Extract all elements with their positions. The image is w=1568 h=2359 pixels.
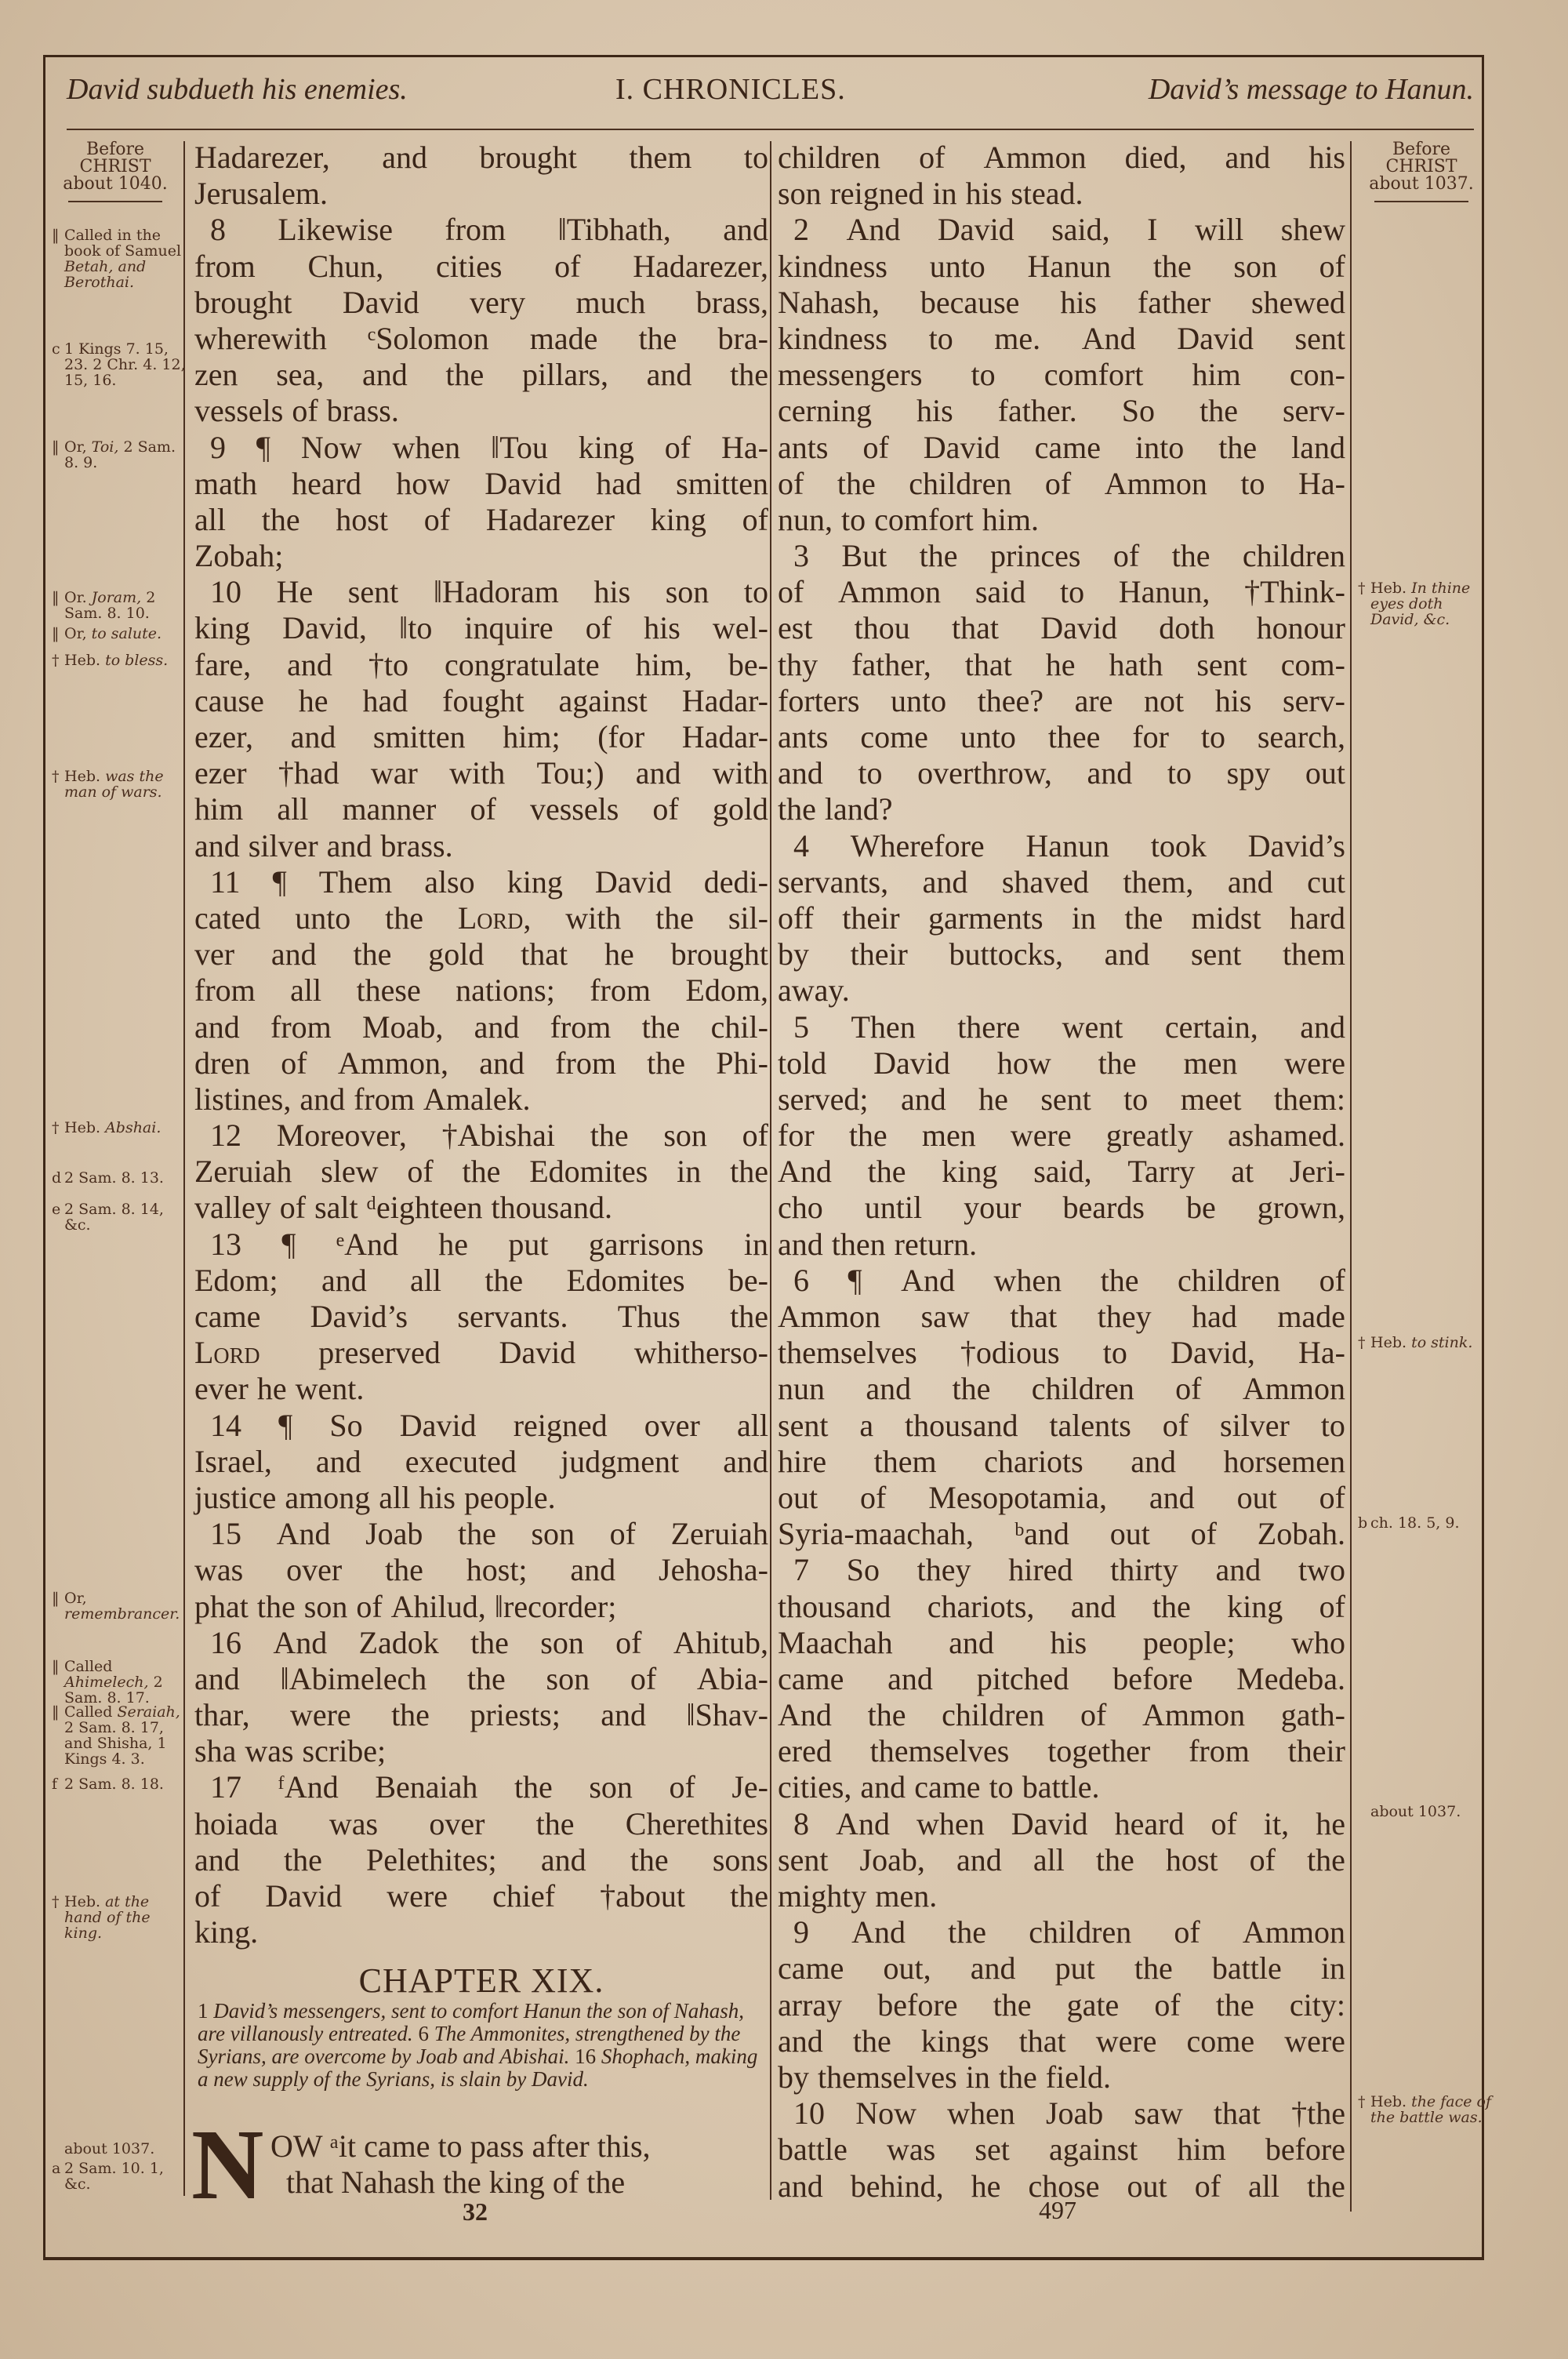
chapter-heading: CHAPTER XIX. bbox=[194, 1961, 768, 2001]
text-line: 3Buttheprincesofthechildren bbox=[778, 538, 1345, 574]
text-line: 16AndZadokthesonofAhitub, bbox=[194, 1625, 768, 1661]
text-line: hirethemchariotsandhorsemen bbox=[778, 1444, 1345, 1480]
christ-label: CHRIST bbox=[49, 158, 182, 176]
text-line: fortersuntothee?arenothisserv- bbox=[778, 683, 1345, 719]
text-line: andthekingsthatwerecomewere bbox=[778, 2023, 1345, 2059]
margin-note: †Heb. the face of the battle was. bbox=[1370, 2094, 1496, 2125]
text-line: childrenofAmmondied,andhis bbox=[778, 140, 1345, 176]
margin-note: ‖Or, to salute. bbox=[64, 626, 190, 642]
text-line: andtooverthrow,andtospyout bbox=[778, 755, 1345, 791]
margin-note: c1 Kings 7. 15, 23. 2 Chr. 4. 12, 15, 16… bbox=[64, 341, 190, 388]
text-line: 5Thentherewentcertain,and bbox=[778, 1009, 1345, 1045]
text-line: thousandchariots,andthekingof bbox=[778, 1589, 1345, 1625]
drop-cap: N bbox=[191, 2117, 263, 2212]
text-line: 2AndDavidsaid,Iwillshew bbox=[778, 212, 1345, 248]
summary-verse-number: 1 bbox=[198, 1999, 213, 2023]
running-head: David subdueth his enemies. I. CHRONICLE… bbox=[67, 72, 1474, 116]
chapter-opening: OW ᵃit came to pass after this,that Naha… bbox=[270, 2128, 766, 2201]
text-line: offtheirgarmentsinthemidsthard bbox=[778, 900, 1345, 936]
book-title: I. CHRONICLES. bbox=[615, 72, 846, 107]
text-line: thar,werethepriests;and‖Shav- bbox=[194, 1697, 768, 1733]
note-mark: † bbox=[1358, 580, 1366, 596]
note-mark: † bbox=[52, 769, 60, 784]
summary-verse-number: 16 bbox=[575, 2045, 601, 2068]
right-margin-divider bbox=[1350, 141, 1352, 2212]
margin-note: ‖Or. Joram, 2 Sam. 8. 10. bbox=[64, 590, 190, 621]
left-margin-divider bbox=[183, 141, 185, 2196]
margin-note: ‖Or, remembrancer. bbox=[64, 1590, 190, 1622]
text-line: estthouthatDaviddothhonour bbox=[778, 610, 1345, 646]
text-line: Zobah; bbox=[194, 538, 768, 574]
text-line: listines,andfromAmalek. bbox=[194, 1081, 768, 1118]
chapter-summary: 1 David’s messengers, sent to comfort Ha… bbox=[198, 2000, 766, 2091]
text-line: servants,andshavedthem,andcut bbox=[778, 864, 1345, 900]
margin-note: †Heb. In thine eyes doth David, &c. bbox=[1370, 580, 1496, 627]
text-line: and‖AbimelechthesonofAbia- bbox=[194, 1661, 768, 1697]
header-rule bbox=[67, 129, 1474, 130]
text-line: Edom;andalltheEdomitesbe- bbox=[194, 1263, 768, 1299]
text-line: zensea,andthepillars,andthe bbox=[194, 357, 768, 393]
margin-note: bch. 18. 5, 9. bbox=[1370, 1515, 1496, 1531]
text-line: mightymen. bbox=[778, 1878, 1345, 1914]
margin-note: ‖Called Seraiah, 2 Sam. 8. 17, and Shish… bbox=[64, 1704, 190, 1767]
text-line: 14¶SoDavidreignedoverall bbox=[194, 1408, 768, 1444]
note-mark: † bbox=[52, 1894, 60, 1910]
text-line: forthemenweregreatlyashamed. bbox=[778, 1118, 1345, 1154]
text-line: drenofAmmon,andfromthePhi- bbox=[194, 1045, 768, 1081]
column-divider bbox=[770, 141, 771, 2200]
text-line: 8Likewisefrom‖Tibhath,and bbox=[194, 212, 768, 248]
page-number: 497 bbox=[1039, 2196, 1076, 2225]
text-line: Maachahandhispeople;who bbox=[778, 1625, 1345, 1661]
text-line: 12Moreover,†Abishaithesonof bbox=[194, 1118, 768, 1154]
text-line: Jerusalem. bbox=[194, 176, 768, 212]
text-line: ofDavidwerechief†aboutthe bbox=[194, 1878, 768, 1914]
text-line: Andthekingsaid,TarryatJeri- bbox=[778, 1154, 1345, 1190]
text-line: antscomeuntotheefortosearch, bbox=[778, 719, 1345, 755]
text-line: messengerstocomforthimcon- bbox=[778, 357, 1345, 393]
date-header-right: Before CHRIST about 1037. bbox=[1355, 141, 1488, 202]
text-line: arraybeforethegateofthecity: bbox=[778, 1987, 1345, 2023]
text-line: mathheardhowDavidhadsmitten bbox=[194, 466, 768, 502]
text-line: 8AndwhenDavidheardofit,he bbox=[778, 1806, 1345, 1842]
text-line: andthePelethites;andthesons bbox=[194, 1842, 768, 1878]
before-label: Before bbox=[1355, 141, 1488, 158]
note-mark: a bbox=[52, 2161, 60, 2176]
note-mark: ‖ bbox=[52, 1659, 60, 1674]
running-head-left: David subdueth his enemies. bbox=[67, 72, 408, 107]
note-mark: c bbox=[52, 341, 60, 357]
margin-note: ‖Called Ahimelech, 2 Sam. 8. 17. bbox=[64, 1659, 190, 1706]
text-line: served;andhesenttomeetthem: bbox=[778, 1081, 1345, 1118]
text-line: sentJoab,andallthehostofthe bbox=[778, 1842, 1345, 1878]
text-line: kindnessuntoHanunthesonof bbox=[778, 249, 1345, 285]
text-line: antsofDavidcameintotheland bbox=[778, 430, 1345, 466]
text-line: theland? bbox=[778, 791, 1345, 827]
note-mark: † bbox=[52, 652, 60, 668]
before-label: Before bbox=[49, 141, 182, 158]
text-line: 6¶Andwhenthechildrenof bbox=[778, 1263, 1345, 1299]
text-line: nun,tocomforthim. bbox=[778, 502, 1345, 538]
text-line: justiceamongallhispeople. bbox=[194, 1480, 768, 1516]
running-head-right: David’s message to Hanun. bbox=[1149, 72, 1474, 107]
margin-note: a2 Sam. 10. 1, &c. bbox=[64, 2161, 190, 2192]
text-line: Nahash,becausehisfathershewed bbox=[778, 285, 1345, 321]
text-line: king. bbox=[194, 1914, 768, 1950]
text-line: everhewent. bbox=[194, 1371, 768, 1407]
date-header-left: Before CHRIST about 1040. bbox=[49, 141, 182, 202]
text-line: fare,and†tocongratulatehim,be- bbox=[194, 647, 768, 683]
text-line: fromChun,citiesofHadarezer, bbox=[194, 249, 768, 285]
note-mark: ‖ bbox=[52, 1704, 60, 1720]
margin-note: about 1037. bbox=[1370, 1804, 1496, 1819]
note-mark: e bbox=[52, 1201, 60, 1217]
text-line: ZeruiahslewoftheEdomitesinthe bbox=[194, 1154, 768, 1190]
text-line: 9AndthechildrenofAmmon bbox=[778, 1914, 1345, 1950]
note-mark: † bbox=[1358, 2094, 1366, 2110]
text-line: cities,andcametobattle. bbox=[778, 1769, 1345, 1805]
text-line: causehehadfoughtagainstHadar- bbox=[194, 683, 768, 719]
text-line: Israel,andexecutedjudgmentand bbox=[194, 1444, 768, 1480]
text-line: ezer†hadwarwithTou;)andwith bbox=[194, 755, 768, 791]
note-mark: ‖ bbox=[52, 626, 60, 642]
note-mark: ‖ bbox=[52, 1590, 60, 1606]
text-line: thyfather,thathehathsentcom- bbox=[778, 647, 1345, 683]
text-line: cameout,andputthebattlein bbox=[778, 1950, 1345, 1986]
text-line: ofthechildrenofAmmontoHa- bbox=[778, 466, 1345, 502]
margin-note: †Heb. to bless. bbox=[64, 652, 190, 668]
text-line: cameandpitchedbeforeMedeba. bbox=[778, 1661, 1345, 1697]
text-line: verandthegoldthathebrought bbox=[194, 936, 768, 972]
text-line: 10Hesent‖Hadoramhissonto bbox=[194, 574, 768, 610]
text-line: bytheirbuttocks,andsentthem bbox=[778, 936, 1345, 972]
note-mark: † bbox=[52, 1120, 60, 1136]
text-line: wasoverthehost;andJehosha- bbox=[194, 1552, 768, 1588]
left-text-column: Hadarezer,andbroughtthemtoJerusalem.8Lik… bbox=[194, 140, 768, 1950]
margin-note: e2 Sam. 8. 14, &c. bbox=[64, 1201, 190, 1233]
margin-note: †Heb. at the hand of the king. bbox=[64, 1894, 190, 1941]
text-line: 17ᶠAndBenaiahthesonofJe- bbox=[194, 1769, 768, 1805]
text-line: Syria-maachah,ᵇandoutofZobah. bbox=[778, 1516, 1345, 1552]
date-rule bbox=[68, 201, 162, 202]
text-line: andthenreturn. bbox=[778, 1227, 1345, 1263]
margin-note: ‖Called in the book of Samuel Betah, and… bbox=[64, 227, 190, 290]
margin-note: d2 Sam. 8. 13. bbox=[64, 1170, 190, 1186]
text-line: vesselsofbrass. bbox=[194, 393, 768, 429]
margin-note: f2 Sam. 8. 18. bbox=[64, 1776, 190, 1792]
text-line: broughtDavidverymuchbrass, bbox=[194, 285, 768, 321]
note-mark: ‖ bbox=[52, 227, 60, 243]
text-line: 11¶ThemalsokingDaviddedi- bbox=[194, 864, 768, 900]
text-line: allthehostofHadarezerkingof bbox=[194, 502, 768, 538]
text-line: andsilverandbrass. bbox=[194, 828, 768, 864]
text-line: 4WhereforeHanuntookDavid’s bbox=[778, 828, 1345, 864]
text-line: outofMesopotamia,andoutof bbox=[778, 1480, 1345, 1516]
text-line: away. bbox=[778, 972, 1345, 1009]
text-line: eredthemselvestogetherfromtheir bbox=[778, 1733, 1345, 1769]
margin-note: †Heb. was the man of wars. bbox=[64, 769, 190, 800]
margin-note: about 1037. bbox=[64, 2141, 190, 2157]
text-line: kindnesstome.AndDavidsent bbox=[778, 321, 1345, 357]
text-line: nunandthechildrenofAmmon bbox=[778, 1371, 1345, 1407]
text-line: bythemselvesinthefield. bbox=[778, 2059, 1345, 2095]
text-line: 7Sotheyhiredthirtyandtwo bbox=[778, 1552, 1345, 1588]
note-mark: d bbox=[52, 1170, 61, 1186]
text-line: valleyofsaltᵈeighteenthousand. bbox=[194, 1190, 768, 1226]
text-line: cerninghisfather.Sotheserv- bbox=[778, 393, 1345, 429]
text-line: sentathousandtalentsofsilverto bbox=[778, 1408, 1345, 1444]
opening-line: that Nahash the king of the bbox=[270, 2165, 766, 2201]
summary-verse-number: 6 bbox=[418, 2022, 434, 2045]
right-margin-notes: Before CHRIST about 1037. †Heb. In thine… bbox=[1355, 141, 1488, 2219]
text-line: LordpreservedDavidwhitherso- bbox=[194, 1335, 768, 1371]
text-line: shawasscribe; bbox=[194, 1733, 768, 1769]
text-line: phatthesonofAhilud,‖recorder; bbox=[194, 1589, 768, 1625]
text-line: themselves†odioustoDavid,Ha- bbox=[778, 1335, 1345, 1371]
text-line: 10NowwhenJoabsawthat†the bbox=[778, 2095, 1345, 2132]
date-label: about 1040. bbox=[49, 176, 182, 193]
note-mark: b bbox=[1358, 1515, 1367, 1531]
text-line: Hadarezer,andbroughtthemto bbox=[194, 140, 768, 176]
text-line: 9¶Nowwhen‖ToukingofHa- bbox=[194, 430, 768, 466]
christ-label: CHRIST bbox=[1355, 158, 1488, 176]
text-line: 13¶ᵉAndheputgarrisonsin bbox=[194, 1227, 768, 1263]
text-line: himallmannerofvesselsofgold bbox=[194, 791, 768, 827]
text-line: cateduntotheLord,withthesil- bbox=[194, 900, 768, 936]
left-margin-notes: Before CHRIST about 1040. ‖Called in the… bbox=[49, 141, 182, 2219]
text-line: chountilyourbeardsbegrown, bbox=[778, 1190, 1345, 1226]
note-mark: ‖ bbox=[52, 439, 60, 455]
text-line: sonreignedinhisstead. bbox=[778, 176, 1345, 212]
margin-note: †Heb. to stink. bbox=[1370, 1335, 1496, 1350]
text-line: fromallthesenations;fromEdom, bbox=[194, 972, 768, 1009]
note-mark: f bbox=[52, 1776, 57, 1792]
note-mark: † bbox=[1358, 1335, 1366, 1350]
text-line: battlewassetagainsthimbefore bbox=[778, 2132, 1345, 2168]
date-rule bbox=[1374, 201, 1468, 202]
text-line: toldDavidhowthemenwere bbox=[778, 1045, 1345, 1081]
text-line: ofAmmonsaidtoHanun,†Think- bbox=[778, 574, 1345, 610]
text-line: 15AndJoabthesonofZeruiah bbox=[194, 1516, 768, 1552]
text-line: kingDavid,‖toinquireofhiswel- bbox=[194, 610, 768, 646]
text-line: andfromMoab,andfromthechil- bbox=[194, 1009, 768, 1045]
date-label: about 1037. bbox=[1355, 176, 1488, 193]
text-line: cameDavid’sservants.Thusthe bbox=[194, 1299, 768, 1335]
note-mark: ‖ bbox=[52, 590, 60, 605]
margin-note: †Heb. Abshai. bbox=[64, 1120, 190, 1136]
opening-line: OW ᵃit came to pass after this, bbox=[270, 2128, 766, 2165]
text-line: Ammonsawthattheyhadmade bbox=[778, 1299, 1345, 1335]
text-line: ezer,andsmittenhim;(forHadar- bbox=[194, 719, 768, 755]
margin-note: ‖Or, Toi, 2 Sam. 8. 9. bbox=[64, 439, 190, 471]
text-line: wherewithᶜSolomonmadethebra- bbox=[194, 321, 768, 357]
signature-mark: 32 bbox=[463, 2197, 488, 2226]
text-line: AndthechildrenofAmmongath- bbox=[778, 1697, 1345, 1733]
text-line: hoiadawasovertheCherethites bbox=[194, 1806, 768, 1842]
right-text-column: childrenofAmmondied,andhissonreignedinhi… bbox=[778, 140, 1345, 2205]
